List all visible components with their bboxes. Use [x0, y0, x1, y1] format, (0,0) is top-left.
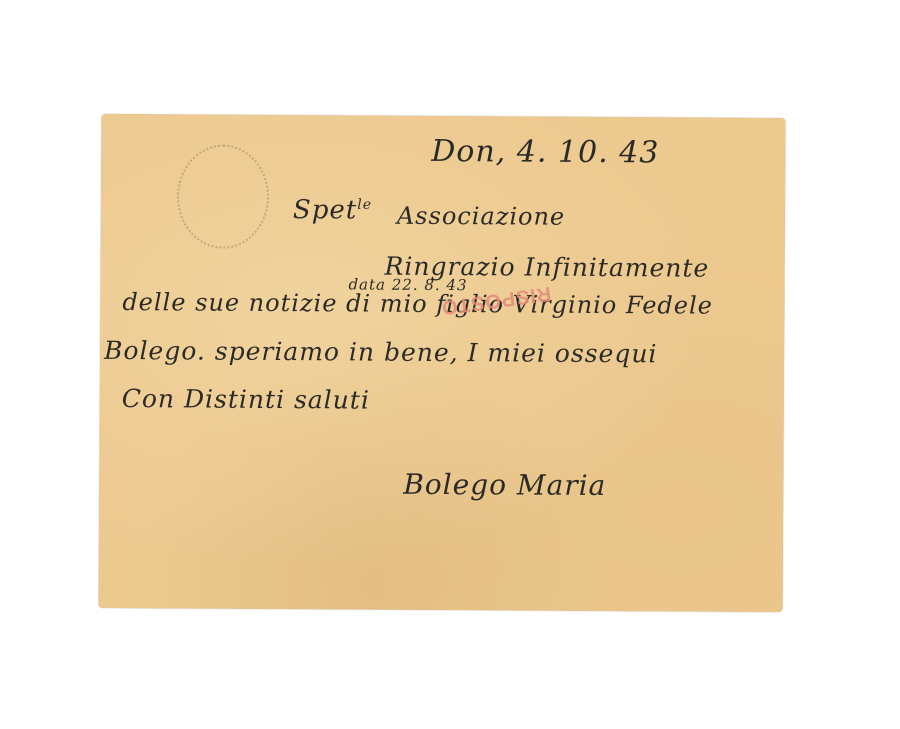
- salutation: Spetle: [293, 195, 372, 225]
- salutation-superscript: le: [357, 197, 372, 213]
- message-line-3: Bolego. speriamo in bene, I miei ossequi: [104, 336, 658, 368]
- message-line-4: Con Distinti saluti: [122, 384, 370, 415]
- signature: Bolego Maria: [403, 468, 606, 502]
- salutation-text: Spet: [293, 195, 357, 225]
- faded-postmark: [177, 144, 270, 249]
- postcard: Don, 4. 10. 43 Spetle Associazione Ringr…: [98, 114, 785, 612]
- addressee: Associazione: [397, 202, 565, 231]
- date-line: Don, 4. 10. 43: [431, 134, 659, 170]
- message-line-2: delle sue notizie di mio figlio Virginio…: [122, 288, 713, 320]
